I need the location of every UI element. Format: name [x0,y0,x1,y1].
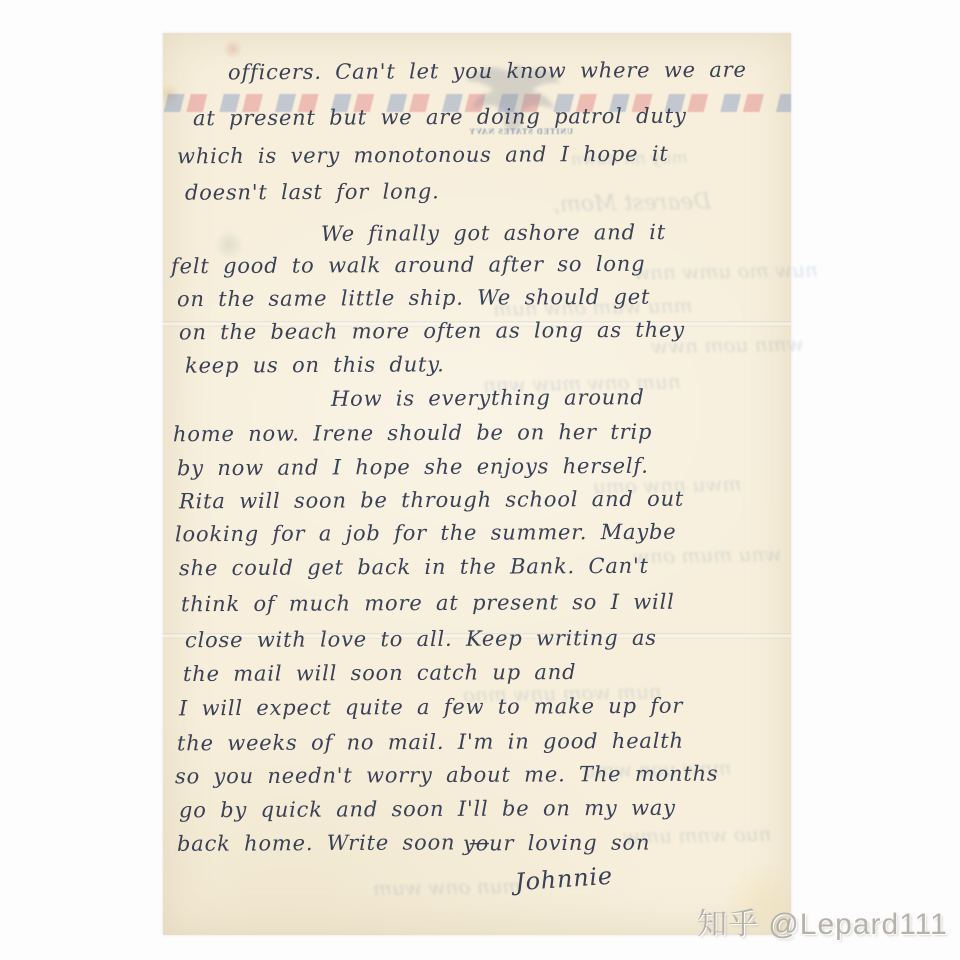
letter-closing: your loving son [463,831,650,856]
letter-line: the weeks of no mail. I'm in good health [177,729,684,756]
letter-line: she could get back in the Bank. Can't [179,554,649,580]
letter-line: back home. Write soon — [177,830,491,856]
letter-line: looking for a job for the summer. Maybe [175,520,677,547]
letter-line: on the same little ship. We should get [177,285,650,311]
scanned-letter-image: UNITED STATES NAVY muy nn nuwn Dearest M… [0,0,960,960]
letter-line: think of much more at present so I will [181,590,675,617]
letter-line: at present but we are doing patrol duty [193,104,687,131]
letter-signature: Johnnie [514,862,614,897]
letter-paper: UNITED STATES NAVY muy nn nuwn Dearest M… [163,33,791,935]
letter-line: doesn't last for long. [185,179,440,204]
letter-line: which is very monotonous and I hope it [177,142,669,169]
letter-line: felt good to walk around after so long [171,252,645,278]
ghost-writing: mun onw wum [373,874,522,901]
ghost-writing: nuw mo umw nnw [633,257,818,284]
letter-line: Rita will soon be through school and out [179,487,684,514]
letter-line: go by quick and soon I'll be on my way [179,796,676,823]
letter-line: home now. Irene should be on her trip [173,420,652,447]
zhihu-watermark: 知乎 @Lepard111 [697,899,948,943]
letter-line: officers. Can't let you know where we ar… [228,58,747,85]
letter-line: by now and I hope she enjoys herself. [177,454,649,480]
letter-line: I will expect quite a few to make up for [179,694,683,721]
letter-line: keep us on this duty. [185,352,445,377]
letter-line: so you needn't worry about me. The month… [175,762,719,789]
ghost-writing: Dearest Mom, [553,190,711,218]
letter-line: How is everything around [331,385,645,411]
letter-line: close with love to all. Keep writing as [185,626,657,652]
letter-line: We finally got ashore and it [321,220,666,246]
letter-line: on the beach more often as long as they [179,318,685,345]
letter-line: the mail will soon catch up and [183,660,576,686]
ghost-writing: wnu mum onw [633,542,782,569]
